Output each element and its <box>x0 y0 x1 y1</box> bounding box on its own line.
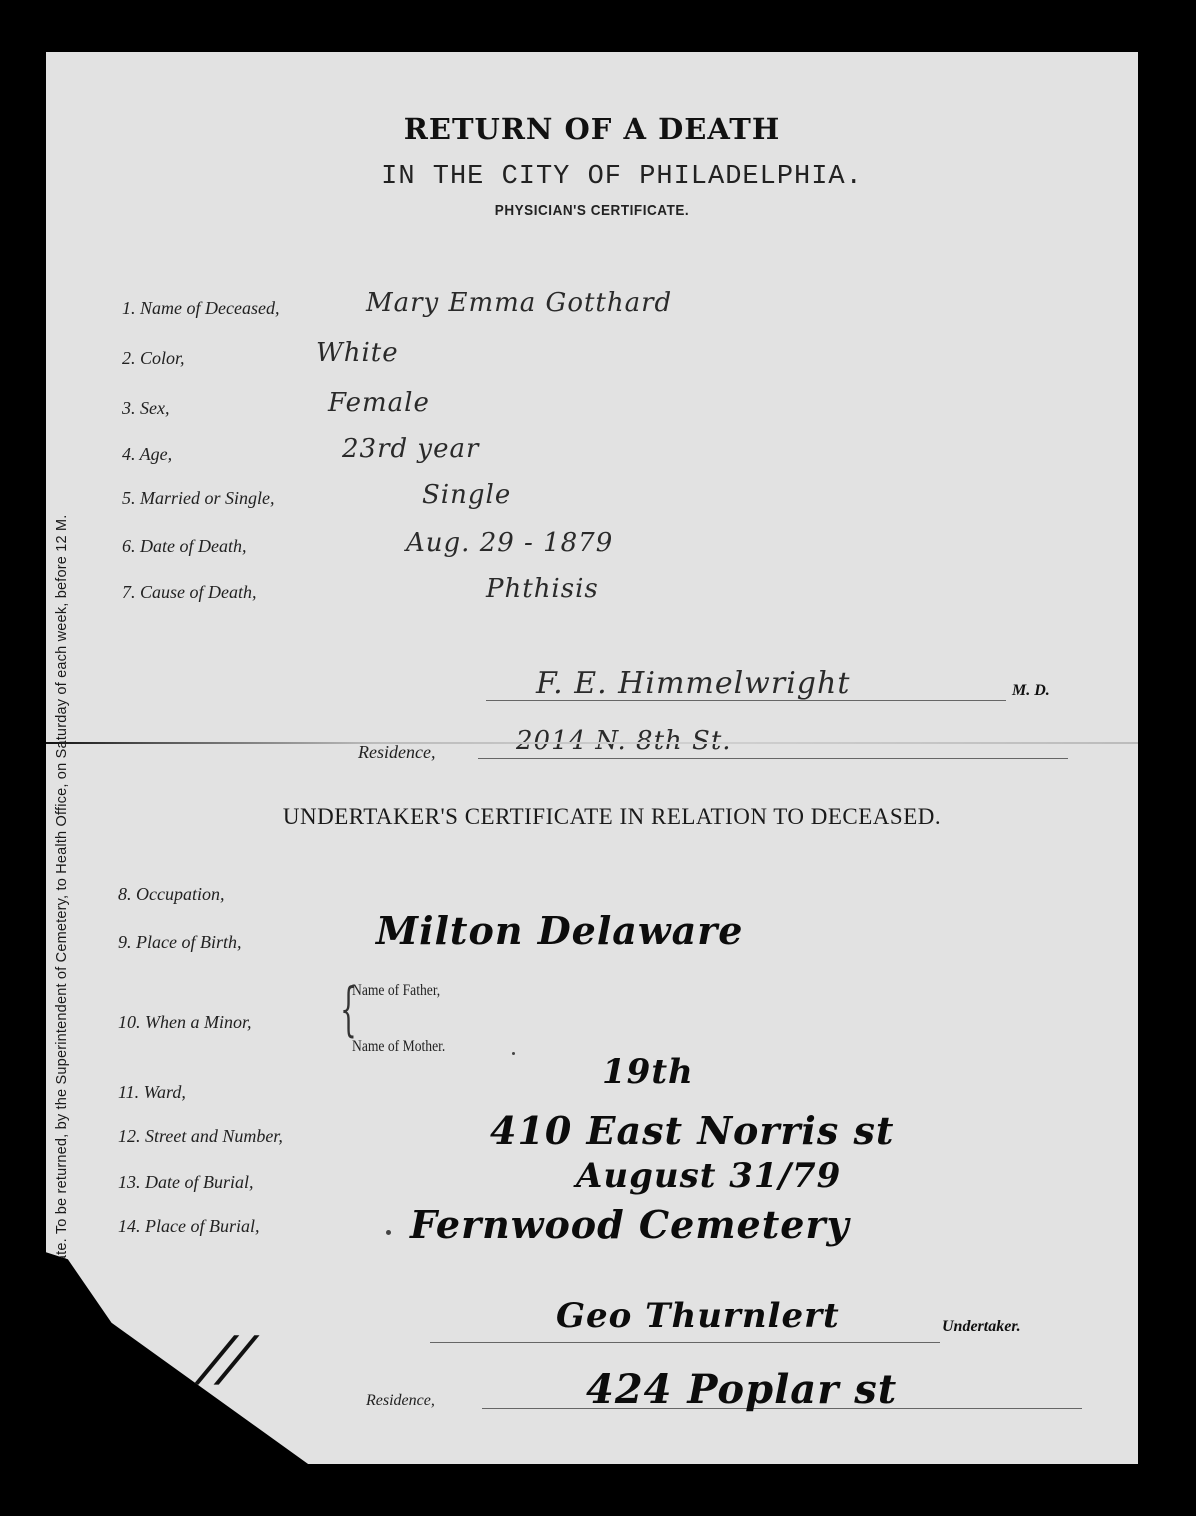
label-place-of-burial: 14. Place of Burial, <box>118 1216 259 1237</box>
value-name-of-deceased: Mary Emma Gotthard <box>366 288 672 318</box>
label-name-of-deceased: 1. Name of Deceased, <box>122 298 279 319</box>
value-street-and-number: 410 East Norris st <box>490 1108 894 1153</box>
label-cause-of-death: 7. Cause of Death, <box>122 582 257 603</box>
value-sex: Female <box>328 388 430 418</box>
value-age: 23rd year <box>342 434 479 464</box>
fold-crease <box>46 742 1138 744</box>
value-ward: 19th <box>602 1052 694 1092</box>
value-date-of-burial: August 31/79 <box>576 1156 841 1196</box>
value-cause-of-death: Phthisis <box>486 574 599 604</box>
value-physician-residence: 2014 N. 8th St. <box>516 726 732 756</box>
ink-blot <box>386 1230 391 1235</box>
label-when-a-minor: 10. When a Minor, <box>118 1012 252 1033</box>
label-color: 2. Color, <box>122 348 185 369</box>
label-place-of-birth: 9. Place of Birth, <box>118 932 241 953</box>
label-ward: 11. Ward, <box>118 1082 186 1103</box>
label-physician-residence: Residence, <box>358 742 435 763</box>
undertaker-signature: Geo Thurnlert <box>556 1296 840 1336</box>
value-undertaker-residence: 424 Poplar st <box>586 1366 897 1413</box>
undertaker-suffix: Undertaker. <box>942 1318 1021 1336</box>
ink-dot <box>512 1052 515 1055</box>
value-color: White <box>316 338 399 368</box>
label-name-of-mother: Name of Mother. <box>352 1038 445 1056</box>
label-undertaker-residence: Residence, <box>366 1392 435 1410</box>
undertaker-signature-line <box>430 1342 940 1343</box>
label-sex: 3. Sex, <box>122 398 169 419</box>
label-name-of-father: Name of Father, <box>352 982 440 1000</box>
label-date-of-death: 6. Date of Death, <box>122 536 246 557</box>
document-title: RETURN OF A DEATH <box>46 112 1138 146</box>
tally-mark: // <box>195 1324 258 1394</box>
value-married-or-single: Single <box>422 480 511 510</box>
label-married-or-single: 5. Married or Single, <box>122 488 275 509</box>
value-place-of-burial: Fernwood Cemetery <box>410 1202 850 1247</box>
label-date-of-burial: 13. Date of Burial, <box>118 1172 254 1193</box>
value-place-of-birth: Milton Delaware <box>376 908 743 953</box>
undertaker-certificate-heading: UNDERTAKER'S CERTIFICATE IN RELATION TO … <box>46 804 1138 830</box>
physician-signature: F. E. Himmelwright <box>536 666 850 701</box>
document-subtitle: IN THE CITY OF PHILADELPHIA. <box>46 162 1138 192</box>
death-certificate-page: This constitutes one Certificate. To be … <box>46 52 1138 1464</box>
label-street-and-number: 12. Street and Number, <box>118 1126 283 1147</box>
md-suffix: M. D. <box>1012 682 1050 700</box>
label-age: 4. Age, <box>122 444 172 465</box>
label-occupation: 8. Occupation, <box>118 884 224 905</box>
value-date-of-death: Aug. 29 - 1879 <box>406 528 613 558</box>
physician-certificate-heading: PHYSICIAN'S CERTIFICATE. <box>101 202 1084 219</box>
physician-residence-line <box>478 758 1068 759</box>
